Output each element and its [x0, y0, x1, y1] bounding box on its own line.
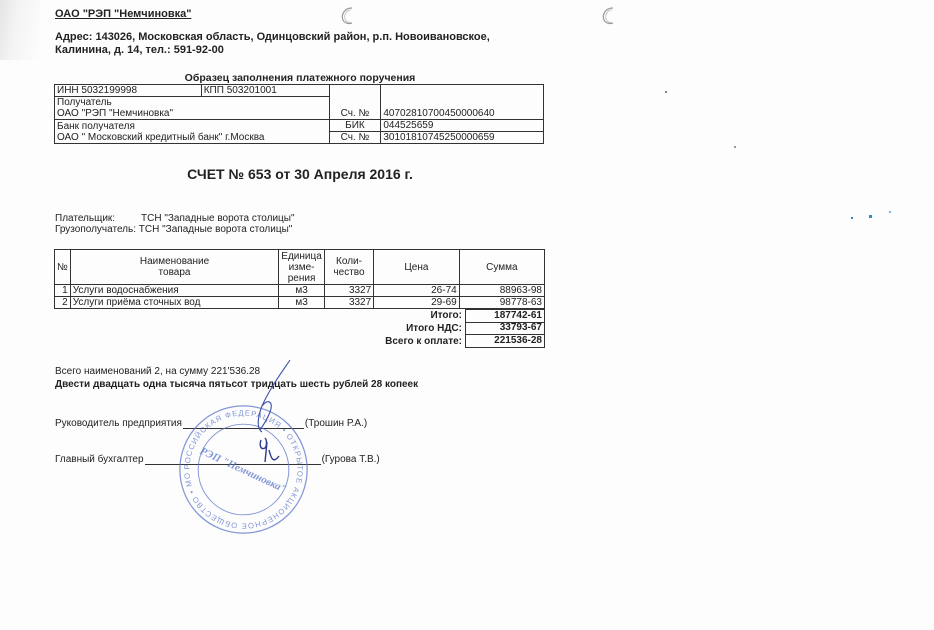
- col-sum: Сумма: [459, 250, 544, 285]
- table-row: 1 Услуги водоснабжения м3 3327 26-74 889…: [55, 285, 545, 297]
- totals-block: Итого: 187742-61 Итого НДС: 33793-67 Все…: [300, 309, 545, 348]
- total-row: Итого: 187742-61: [300, 309, 545, 322]
- col-unit: Единицаизме-рения: [279, 250, 325, 285]
- vat-row: Итого НДС: 33793-67: [300, 322, 545, 335]
- kpp-cell: КПП 503201001: [201, 85, 329, 97]
- total-label: Итого:: [300, 310, 465, 321]
- scan-speck: [889, 211, 891, 213]
- grand-total-label: Всего к оплате:: [300, 336, 465, 347]
- total-value: 187742-61: [465, 309, 545, 323]
- table-row: 2 Услуги приёма сточных вод м3 3327 29-6…: [55, 297, 545, 309]
- corr-account-value: 30101810745250000659: [381, 132, 544, 144]
- bik-label: БИК: [329, 120, 381, 132]
- accountant-name: (Гурова Т.В.): [322, 454, 380, 465]
- consignee-row: Грузополучатель: ТСН "Западные ворота ст…: [55, 224, 295, 235]
- grand-total-value: 221536-28: [465, 335, 545, 348]
- bik-value: 044525659: [381, 120, 544, 132]
- bank-label: Банк получателя: [55, 120, 330, 132]
- corr-account-label: Сч. №: [329, 132, 381, 144]
- payment-sample-title: Образец заполнения платежного поручения: [55, 72, 545, 84]
- vat-value: 33793-67: [465, 322, 545, 335]
- payer-value: ТСН "Западные ворота столицы": [141, 213, 295, 224]
- col-qty: Коли-чество: [324, 250, 373, 285]
- invoice-title: СЧЕТ № 653 от 30 Апреля 2016 г.: [55, 166, 545, 182]
- recipient-name: ОАО "РЭП "Немчиновка": [55, 108, 330, 120]
- payment-details-table: ИНН 5032199998 КПП 503201001 Получатель …: [54, 84, 544, 144]
- items-count-summary: Всего наименований 2, на сумму 221'536.2…: [55, 366, 260, 377]
- company-address: Адрес: 143026, Московская область, Одинц…: [55, 31, 545, 57]
- goods-table-header: № Наименованиетовара Единицаизме-рения К…: [55, 250, 545, 285]
- goods-table: № Наименованиетовара Единицаизме-рения К…: [54, 249, 545, 309]
- col-name: Наименованиетовара: [70, 250, 279, 285]
- director-label: Руководитель предприятия: [55, 418, 182, 429]
- scan-edge-shadow: [0, 0, 40, 60]
- inn-cell: ИНН 5032199998: [55, 85, 202, 97]
- scan-speck: [665, 91, 667, 93]
- amount-in-words: Двести двадцать одна тысяча пятьсот трид…: [55, 379, 418, 390]
- scan-speck: [851, 217, 853, 219]
- col-num: №: [55, 250, 71, 285]
- consignee-label: Грузополучатель:: [55, 224, 136, 235]
- grand-total-row: Всего к оплате: 221536-28: [300, 335, 545, 348]
- vat-label: Итого НДС:: [300, 323, 465, 334]
- account-label: Сч. №: [329, 97, 381, 120]
- payer-row: Плательщик:ТСН "Западные ворота столицы": [55, 213, 295, 224]
- director-name: (Трошин Р.А.): [305, 418, 367, 429]
- consignee-value: ТСН "Западные ворота столицы": [139, 224, 293, 235]
- payer-label: Плательщик:: [55, 213, 141, 224]
- scan-speck: [734, 146, 736, 148]
- hole-punch-mark-icon: [599, 6, 619, 26]
- company-name: ОАО "РЭП "Немчиновка": [55, 8, 191, 20]
- accountant-label: Главный бухгалтер: [55, 454, 144, 465]
- invoice-parties: Плательщик:ТСН "Западные ворота столицы"…: [55, 213, 295, 235]
- account-value: 40702810700450000640: [381, 97, 544, 120]
- col-price: Цена: [374, 250, 460, 285]
- accountant-signature-icon: [255, 436, 285, 470]
- bank-name: ОАО " Московский кредитный банк" г.Москв…: [55, 132, 330, 144]
- scan-speck: [869, 215, 872, 218]
- recipient-label: Получатель: [55, 97, 330, 109]
- hole-punch-mark-icon: [338, 6, 358, 26]
- director-signature-icon: [240, 358, 300, 438]
